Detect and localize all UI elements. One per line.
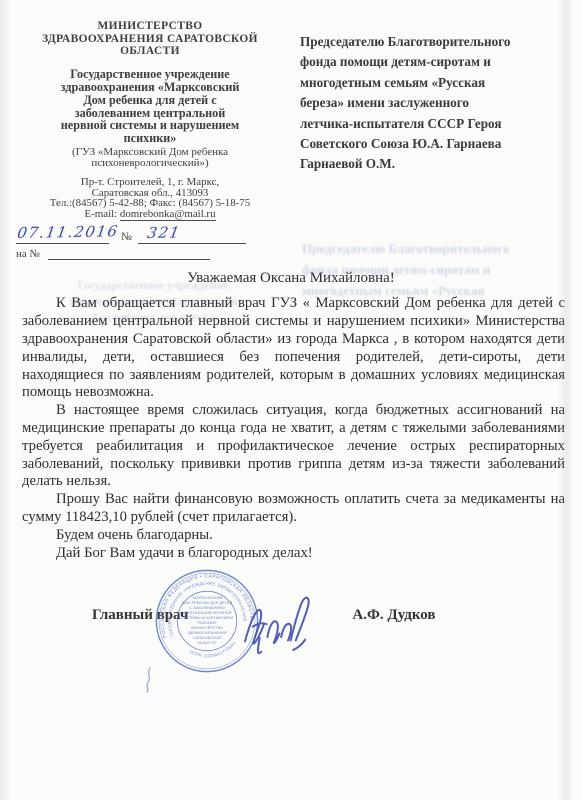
handwritten-date: 07.11.2016 [16,223,120,243]
signatory-name: А.Ф. Дудков [352,607,435,624]
svg-text:ПСИХИКИ": ПСИХИКИ" [197,621,218,625]
email-address: domrebonka@mail.ru [120,208,216,221]
svg-text:ЦЕНТРАЛЬНОЙ НЕРВНОЙ: ЦЕНТРАЛЬНОЙ НЕРВНОЙ [182,611,231,615]
svg-text:"МАРКСОВСКИЙ: "МАРКСОВСКИЙ [192,596,223,600]
salutation: Уважаемая Оксана Михайловна! [0,270,582,287]
email-line: E-mail: domrebonka@mail.ru [16,209,284,220]
letterhead-left-column: МИНИСТЕРСТВО ЗДРАВООХРАНЕНИЯ САРАТОВСКОЙ… [16,20,284,260]
reply-blank-line [48,247,210,260]
letter-body: К Вам обращается главный врач ГУЗ « Марк… [0,287,582,562]
reply-label: на № [16,248,40,260]
ministry-name: МИНИСТЕРСТВО ЗДРАВООХРАНЕНИЯ САРАТОВСКОЙ… [16,20,284,58]
body-paragraph: В настоящее время сложилась ситуация, ко… [22,402,565,491]
handwritten-outgoing-number: 321 [146,224,182,243]
body-paragraph: Будем очень благодарны. [22,527,565,545]
addressee-block: Председателю Благотворительного фонда по… [284,20,570,260]
body-paragraph: Дай Бог Вам удачи в благородных делах! [22,545,565,563]
number-sign: № [121,231,132,243]
svg-text:ДОМ РЕБЕНКА ДЛЯ ДЕТЕЙ: ДОМ РЕБЕНКА ДЛЯ ДЕТЕЙ [182,601,233,605]
stamp-center-text: "МАРКСОВСКИЙ ДОМ РЕБЕНКА ДЛЯ ДЕТЕЙ С ЗАБ… [181,596,233,645]
scanned-letter-page: Председателю Благотворительного фонда по… [0,0,582,800]
body-paragraph: К Вам обращается главный врач ГУЗ « Марк… [22,295,565,402]
reference-row: 07.11.2016 № 321 [16,224,284,244]
institution-address: Пр-т. Строителей, 1, г. Маркс, Саратовск… [16,177,284,210]
svg-text:С ЗАБОЛЕВАНИЕМ: С ЗАБОЛЕВАНИЕМ [189,606,225,610]
body-paragraph: Прошу Вас найти финансовую возможность о… [22,491,565,527]
stray-ink-mark [140,666,160,694]
svg-text:САРАТОВСКОЙ: САРАТОВСКОЙ [193,636,221,640]
email-label: E-mail: [84,208,117,220]
institution-short-name: (ГУЗ «Марксовский Дом ребенка психоневро… [16,147,284,169]
svg-text:МИНИСТЕРСТВА: МИНИСТЕРСТВА [191,626,223,630]
svg-text:ОБЛАСТИ": ОБЛАСТИ" [197,641,217,645]
street-line: Пр-т. Строителей, 1, г. Маркс, [16,177,284,188]
reply-reference-row: на № [16,247,284,260]
svg-text:СИСТЕМЫ И НАРУШЕНИЕМ: СИСТЕМЫ И НАРУШЕНИЕМ [181,616,233,620]
institution-name: Государственное учреждение здравоохранен… [16,68,284,145]
svg-text:ЗДРАВООХРАНЕНИЯ: ЗДРАВООХРАНЕНИЯ [187,631,226,635]
handwritten-signature [233,588,319,674]
letterhead: МИНИСТЕРСТВО ЗДРАВООХРАНЕНИЯ САРАТОВСКОЙ… [0,0,582,260]
